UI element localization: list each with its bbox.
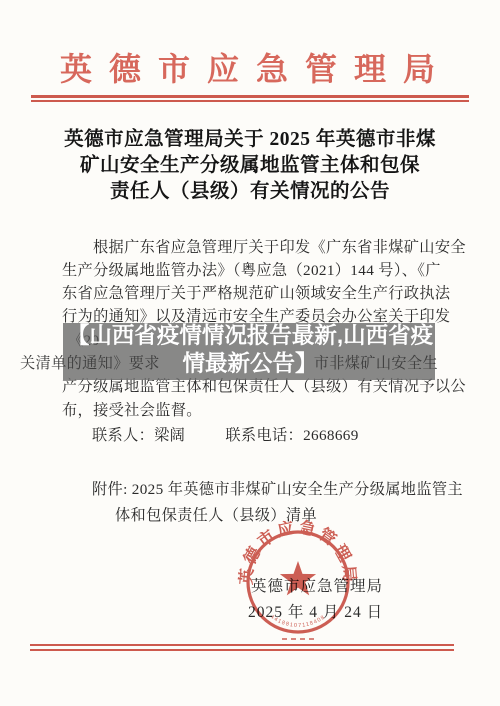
contact-line: 联系人：梁阔 联系电话：2668669	[92, 424, 359, 445]
letterhead-divider	[31, 95, 469, 102]
watermark-text-line-1: 【山西省疫情情况报告最新,山西省疫	[55, 322, 445, 350]
document-title: 英德市应急管理局关于 2025 年英德市非煤 矿山安全生产分级属地监管主体和包保…	[0, 127, 500, 205]
letterhead-agency-title: 英德市应急管理局	[60, 44, 460, 90]
document-page: 英德市应急管理局 英德市应急管理局关于 2025 年英德市非煤 矿山安全生产分级…	[0, 0, 500, 706]
seal-star-icon	[280, 561, 316, 595]
letterhead-divider-line-1	[31, 95, 469, 98]
contact-phone: 联系电话：2668669	[225, 427, 358, 444]
official-seal-icon: 英德市应急管理局 44188107118408	[232, 516, 364, 648]
body-line-2: 生产分级属地监管办法》（粤应急（2021）144 号）、《广	[62, 259, 462, 279]
attachment-line-1: 附件: 2025 年英德市非煤矿山安全生产分级属地监管主	[92, 478, 463, 499]
body-line-3: 东省应急管理厅关于严格规范矿山领域安全生产行政执法	[62, 282, 462, 302]
contact-person: 联系人：梁阔	[92, 427, 185, 444]
watermark-text-line-2: 情最新公告】	[55, 350, 445, 378]
footer-divider-line-2	[30, 649, 454, 651]
body-line-8: 布，接受社会监督。	[62, 399, 462, 419]
document-title-line-3: 责任人（县级）有关情况的公告	[0, 179, 500, 205]
letterhead-divider-line-2	[31, 100, 469, 102]
body-line-1: 根据广东省应急管理厅关于印发《广东省非煤矿山安全	[62, 236, 493, 256]
document-title-line-1: 英德市应急管理局关于 2025 年英德市非煤	[0, 127, 500, 153]
document-title-line-2: 矿山安全生产分级属地监管主体和包保	[0, 153, 500, 179]
watermark-text: 【山西省疫情情况报告最新,山西省疫 情最新公告】	[55, 322, 445, 382]
